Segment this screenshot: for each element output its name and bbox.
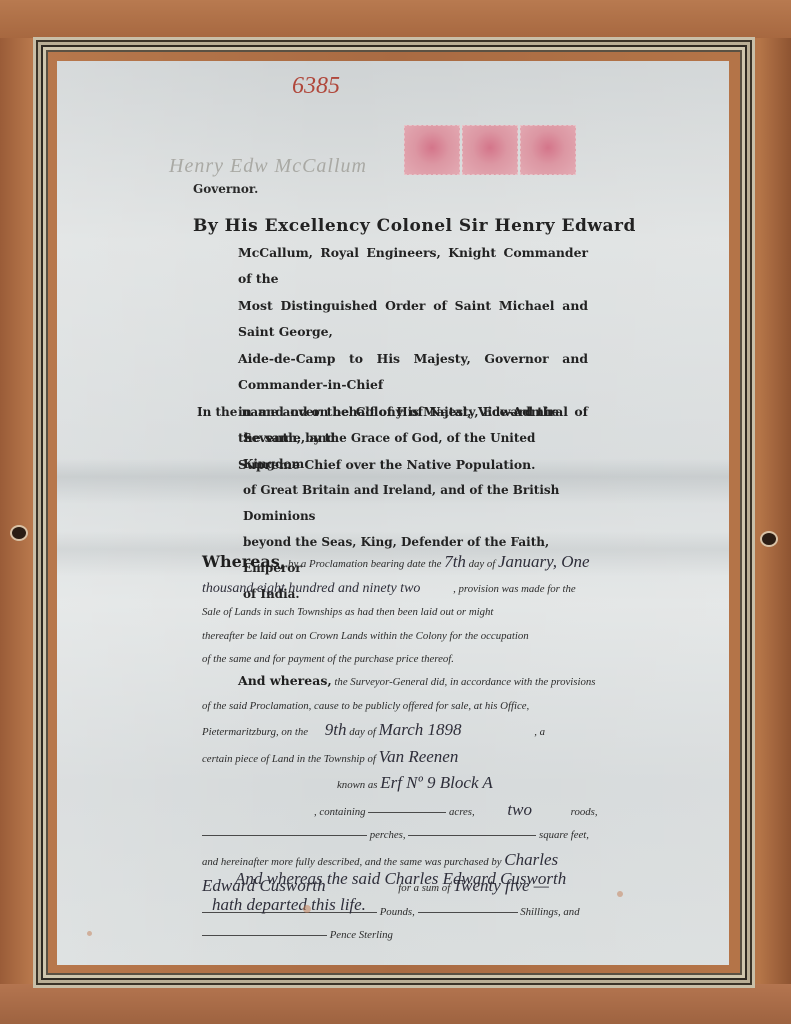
revenue-stamp-icon — [462, 125, 518, 175]
revenue-stamp-icon — [404, 125, 460, 175]
static-text: day of — [349, 726, 376, 738]
erf-number: Erf Nº 9 Block A — [380, 773, 493, 792]
static-text: square feet, — [539, 829, 589, 841]
static-text: and hereinafter more fully described, an… — [202, 856, 502, 868]
static-text: by a Proclamation bearing date the — [288, 558, 441, 570]
blank-line — [418, 912, 518, 913]
foxing-stain — [303, 905, 311, 913]
reign-line-3: of Great Britain and Ireland, and of the… — [197, 477, 589, 529]
governor-signature: Henry Edw McCallum — [169, 155, 367, 178]
reign-line-1: In the name and on behalf of His Majesty… — [197, 399, 589, 425]
purchaser-first-name: Charles — [504, 850, 558, 869]
proclamation-day: 7th — [444, 552, 466, 571]
static-text: the Surveyor-General did, in accordance … — [334, 676, 595, 688]
foxing-stain — [617, 891, 623, 897]
static-text: Pence Sterling — [330, 929, 393, 941]
title-line-4: Aide-de-Camp to His Majesty, Governor an… — [193, 346, 588, 399]
title-line-3: Most Distinguished Order of Saint Michae… — [193, 293, 588, 346]
static-text: day of — [469, 558, 496, 570]
static-text: certain piece of Land in the Township of — [202, 753, 376, 765]
static-text: , containing — [314, 806, 366, 818]
blank-line — [202, 835, 367, 836]
whereas-deceased-line-2: hath departed this life. — [212, 895, 366, 915]
frame-hole-left — [12, 527, 26, 539]
sale-month-year: March 1898 — [379, 720, 462, 739]
frame-bottom-rail — [0, 984, 791, 1024]
static-text: known as — [337, 779, 378, 791]
static-text: of the said Proclamation, cause to be pu… — [202, 695, 590, 719]
revenue-stamps — [404, 125, 576, 175]
and-whereas-lead: And whereas, — [202, 673, 332, 688]
static-text: , a — [464, 726, 545, 738]
township-name: Van Reenen — [379, 747, 459, 766]
proclamation-month: January, One — [498, 552, 590, 571]
static-text: Pounds, — [380, 906, 415, 918]
foxing-stain — [87, 931, 92, 936]
sale-day: 9th — [311, 720, 347, 739]
reference-number: 6385 — [292, 73, 340, 100]
static-text: Pietermaritzburg, on the — [202, 726, 308, 738]
whereas-proclamation-paragraph: Whereas, by a Proclamation bearing date … — [202, 550, 590, 672]
title-line-1: By His Excellency Colonel Sir Henry Edwa… — [193, 213, 588, 240]
proclamation-year: thousand eight hundred and ninety two — [202, 581, 420, 596]
static-text: Sale of Lands in such Townships as had t… — [202, 601, 590, 625]
roods-value: two — [477, 800, 532, 819]
frame-hole-right — [762, 533, 776, 545]
reign-line-2: Seventh, by the Grace of God, of the Uni… — [197, 425, 589, 477]
static-text: roods, — [535, 806, 598, 818]
static-text: of the same and for payment of the purch… — [202, 648, 590, 672]
frame-top-rail — [0, 0, 791, 38]
static-text: perches, — [370, 829, 406, 841]
revenue-stamp-icon — [520, 125, 576, 175]
whereas-lead: Whereas, — [202, 552, 285, 571]
blank-line — [408, 835, 536, 836]
static-text: thereafter be laid out on Crown Lands wi… — [202, 625, 590, 649]
whereas-deceased-line-1: And whereas the said Charles Edward Cusw… — [235, 869, 566, 889]
governor-label: Governor. — [193, 182, 258, 196]
static-text: acres, — [449, 806, 475, 818]
title-line-2: McCallum, Royal Engineers, Knight Comman… — [193, 240, 588, 293]
static-text: Shillings, and — [520, 906, 579, 918]
acres-blank — [368, 812, 446, 813]
static-text: , provision was made for the — [423, 583, 576, 595]
blank-line — [202, 935, 327, 936]
land-grant-document: 6385 Henry Edw McCallum Governor. By His… — [57, 61, 729, 965]
